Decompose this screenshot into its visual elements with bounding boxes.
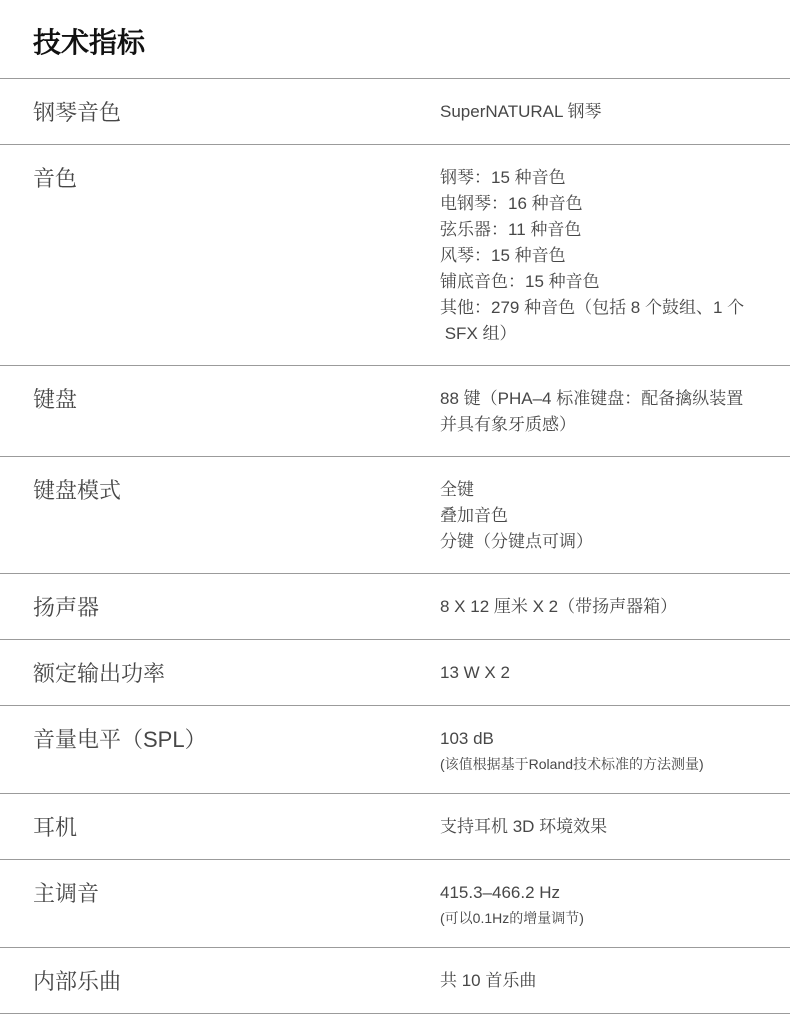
- spec-value-wrap: 钢琴：15 种音色 电钢琴：16 种音色 弦乐器：11 种音色 风琴：15 种音…: [440, 165, 762, 347]
- spec-row-keyboard: 键盘 88 键（PHA–4 标准键盘：配备擒纵装置 并具有象牙质感）: [0, 366, 790, 457]
- spec-value-wrap: 13 W X 2: [440, 660, 762, 686]
- spec-value-wrap: 415.3–466.2 Hz (可以0.1Hz的增量调节): [440, 880, 762, 929]
- spec-label: 耳机: [33, 814, 440, 841]
- spec-note: (可以0.1Hz的增量调节): [440, 908, 762, 929]
- spec-label: 内部乐曲: [33, 968, 440, 995]
- spec-value-wrap: 8 X 12 厘米 X 2（带扬声器箱）: [440, 594, 762, 620]
- spec-row-headphones: 耳机 支持耳机 3D 环境效果: [0, 794, 790, 860]
- spec-value-wrap: 支持耳机 3D 环境效果: [440, 814, 762, 840]
- spec-row-volume-level: 音量电平（SPL） 103 dB (该值根据基于Roland技术标准的方法测量): [0, 706, 790, 794]
- spec-row-speakers: 扬声器 8 X 12 厘米 X 2（带扬声器箱）: [0, 574, 790, 640]
- spec-table: 钢琴音色 SuperNATURAL 钢琴 音色 钢琴：15 种音色 电钢琴：16…: [0, 78, 790, 1014]
- spec-row-piano-sound: 钢琴音色 SuperNATURAL 钢琴: [0, 79, 790, 145]
- spec-value-wrap: 全键 叠加音色 分键（分键点可调）: [440, 477, 762, 555]
- spec-value: 103 dB: [440, 726, 762, 752]
- spec-label: 主调音: [33, 880, 440, 907]
- spec-label: 音色: [33, 165, 440, 192]
- spec-label: 额定输出功率: [33, 660, 440, 687]
- spec-value: SuperNATURAL 钢琴: [440, 99, 762, 125]
- spec-value-wrap: 103 dB (该值根据基于Roland技术标准的方法测量): [440, 726, 762, 775]
- spec-value: 88 键（PHA–4 标准键盘：配备擒纵装置 并具有象牙质感）: [440, 386, 762, 438]
- spec-row-internal-songs: 内部乐曲 共 10 首乐曲: [0, 948, 790, 1014]
- spec-value: 共 10 首乐曲: [440, 968, 762, 994]
- spec-label: 钢琴音色: [33, 99, 440, 126]
- page-title: 技术指标: [33, 26, 790, 60]
- spec-row-keyboard-mode: 键盘模式 全键 叠加音色 分键（分键点可调）: [0, 457, 790, 574]
- spec-label: 音量电平（SPL）: [33, 726, 440, 753]
- spec-value-wrap: 88 键（PHA–4 标准键盘：配备擒纵装置 并具有象牙质感）: [440, 386, 762, 438]
- spec-value: 全键 叠加音色 分键（分键点可调）: [440, 477, 762, 555]
- spec-value: 钢琴：15 种音色 电钢琴：16 种音色 弦乐器：11 种音色 风琴：15 种音…: [440, 165, 762, 347]
- spec-label: 键盘模式: [33, 477, 440, 504]
- spec-value: 13 W X 2: [440, 660, 762, 686]
- spec-row-master-tuning: 主调音 415.3–466.2 Hz (可以0.1Hz的增量调节): [0, 860, 790, 948]
- spec-value: 415.3–466.2 Hz: [440, 880, 762, 906]
- spec-note: (该值根据基于Roland技术标准的方法测量): [440, 754, 762, 775]
- spec-row-tones: 音色 钢琴：15 种音色 电钢琴：16 种音色 弦乐器：11 种音色 风琴：15…: [0, 145, 790, 366]
- spec-label: 键盘: [33, 386, 440, 413]
- spec-value: 8 X 12 厘米 X 2（带扬声器箱）: [440, 594, 762, 620]
- spec-value-wrap: 共 10 首乐曲: [440, 968, 762, 994]
- spec-value-wrap: SuperNATURAL 钢琴: [440, 99, 762, 125]
- spec-value: 支持耳机 3D 环境效果: [440, 814, 762, 840]
- spec-row-rated-power: 额定输出功率 13 W X 2: [0, 640, 790, 706]
- spec-label: 扬声器: [33, 594, 440, 621]
- spec-page: 技术指标 钢琴音色 SuperNATURAL 钢琴 音色 钢琴：15 种音色 电…: [0, 0, 790, 1014]
